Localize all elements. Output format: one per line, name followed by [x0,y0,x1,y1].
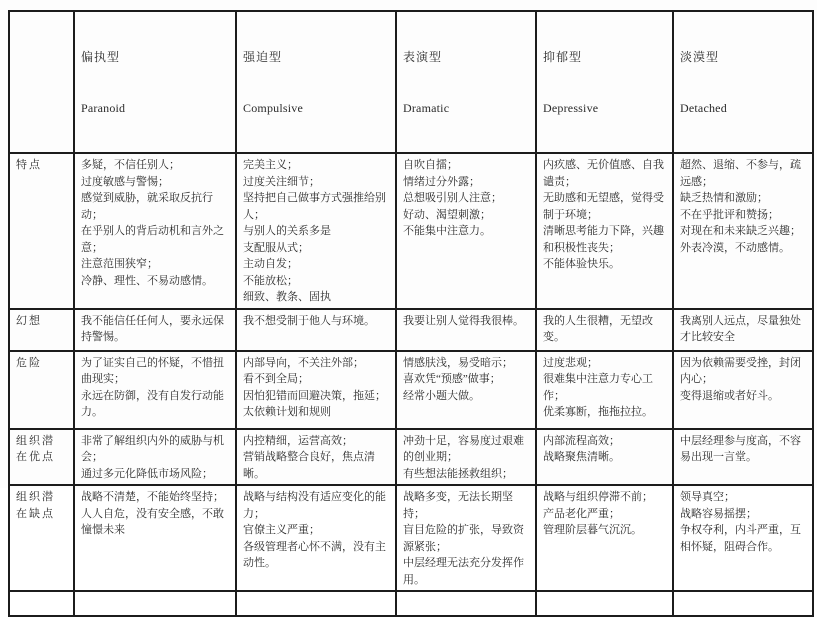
column-header-depressive: 抑郁型 Depressive [536,11,673,153]
column-header-detached: 淡漠型 Detached [673,11,813,153]
cell-traits-detached: 超然、退缩、不参与，疏远感； 缺乏热情和激励； 不在乎批评和赞扬； 对现在和未来… [673,153,813,309]
column-title-zh: 抑郁型 [543,48,666,66]
table-row-traits: 特点 多疑，不信任别人； 过度敏感与警惕； 感觉到威胁，就采取反抗行动； 在乎别… [9,153,813,309]
table-row-fantasy: 幻想 我不能信任任何人，要永远保持警惕。 我不想受制于他人与环境。 我要让别人觉… [9,309,813,351]
scanned-document: 偏执型 Paranoid 强迫型 Compulsive 表演型 Dramatic… [0,0,817,488]
cell-fantasy-paranoid: 我不能信任任何人，要永远保持警惕。 [74,309,236,351]
row-label-danger: 危险 [9,351,74,429]
cell-org-strengths-compulsive: 内控精细，运营高效； 营销战略整合良好，焦点清晰。 [236,429,396,486]
cell-fantasy-detached: 我离别人远点，尽量独处才比较安全 [673,309,813,351]
column-header-compulsive: 强迫型 Compulsive [236,11,396,153]
cell-traits-dramatic: 自吹自擂； 情绪过分外露； 总想吸引别人注意； 好动、渴望刺激； 不能集中注意力… [396,153,536,309]
cell-fantasy-dramatic: 我要让别人觉得我很棒。 [396,309,536,351]
corner-cell [9,11,74,153]
column-title-en: Paranoid [81,99,229,117]
column-header-paranoid: 偏执型 Paranoid [74,11,236,153]
row-label-traits: 特点 [9,153,74,309]
cell-traits-depressive: 内疚感、无价值感、自我谴责； 无助感和无望感，觉得受制于环境； 清晰思考能力下降… [536,153,673,309]
column-title-en: Dramatic [403,99,529,117]
column-header-dramatic: 表演型 Dramatic [396,11,536,153]
cell-danger-paranoid: 为了证实自己的怀疑，不惜扭曲现实； 永远在防御，没有自发行动能力。 [74,351,236,429]
row-label-org-strengths: 组织潜在优点 [9,429,74,486]
cell-org-strengths-paranoid: 非常了解组织内外的威胁与机会； 通过多元化降低市场风险； [74,429,236,486]
row-label-fantasy: 幻想 [9,309,74,351]
table-header-row: 偏执型 Paranoid 强迫型 Compulsive 表演型 Dramatic… [9,11,813,153]
column-title-en: Detached [680,99,806,117]
cell-org-strengths-detached: 中层经理参与度高，不容易出现一言堂。 [673,429,813,486]
column-title-zh: 强迫型 [243,48,389,66]
table-row-danger: 危险 为了证实自己的怀疑，不惜扭曲现实； 永远在防御，没有自发行动能力。 内部导… [9,351,813,429]
cell-traits-compulsive: 完美主义； 过度关注细节； 坚持把自己做事方式强推给别人； 与别人的关系多是 支… [236,153,396,309]
column-title-zh: 表演型 [403,48,529,66]
cell-org-strengths-depressive: 内部流程高效； 战略聚焦清晰。 [536,429,673,486]
column-title-en: Compulsive [243,99,389,117]
table-row-org-strengths: 组织潜在优点 非常了解组织内外的威胁与机会； 通过多元化降低市场风险； 内控精细… [9,429,813,486]
column-title-en: Depressive [543,99,666,117]
cell-danger-dramatic: 情感肤浅，易受暗示； 喜欢凭“预感”做事； 经常小题大做。 [396,351,536,429]
column-title-zh: 偏执型 [81,48,229,66]
cell-fantasy-depressive: 我的人生很糟，无望改变。 [536,309,673,351]
cell-traits-paranoid: 多疑，不信任别人； 过度敏感与警惕； 感觉到威胁，就采取反抗行动； 在乎别人的背… [74,153,236,309]
cell-org-strengths-dramatic: 冲劲十足，容易度过艰难的创业期； 有些想法能拯救组织； [396,429,536,486]
cell-fantasy-compulsive: 我不想受制于他人与环境。 [236,309,396,351]
column-title-zh: 淡漠型 [680,48,806,66]
cell-danger-detached: 因为依赖需要受挫，封闭内心； 变得退缩或者好斗。 [673,351,813,429]
cell-danger-depressive: 过度悲观； 很难集中注意力专心工作； 优柔寡断，拖拖拉拉。 [536,351,673,429]
personality-types-table: 偏执型 Paranoid 强迫型 Compulsive 表演型 Dramatic… [8,10,814,488]
cell-danger-compulsive: 内部导向，不关注外部； 看不到全局； 因怕犯错而回避决策，拖延； 太依赖计划和规… [236,351,396,429]
